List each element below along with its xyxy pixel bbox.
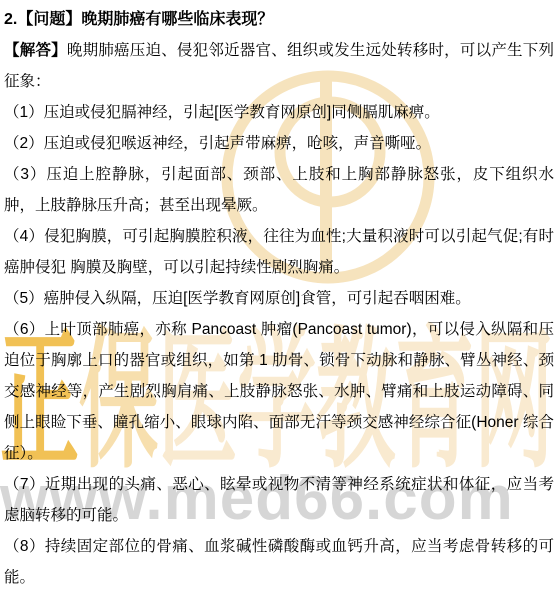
answer-intro-text: 晚期肺癌压迫、侵犯邻近器官、组织或发生远处转移时，可以产生下列征象：: [4, 42, 554, 90]
answer-item-6: （6）上叶顶部肺癌，亦称 Pancoast 肿瘤(Pancoast tumor)…: [4, 314, 554, 469]
answer-label: 【解答】: [4, 42, 67, 59]
question-number: 2.: [4, 11, 17, 28]
question-title: 2.【问题】晚期肺癌有哪些临床表现？: [4, 4, 554, 35]
question-text: 晚期肺癌有哪些临床表现？: [81, 11, 273, 28]
answer-item-4: （4）侵犯胸膜，可引起胸膜腔积液，往往为血性;大量积液时可以引起气促;有时癌肿侵…: [4, 221, 554, 283]
answer-item-8: （8）持续固定部位的骨痛、血浆碱性磷酸酶或血钙升高，应当考虑骨转移的可能。: [4, 531, 554, 591]
answer-intro: 【解答】晚期肺癌压迫、侵犯邻近器官、组织或发生远处转移时，可以产生下列征象：: [4, 35, 554, 97]
answer-item-7: （7）近期出现的头痛、恶心、眩晕或视物不清等神经系统症状和体征，应当考虑脑转移的…: [4, 469, 554, 531]
document-page: 正保医学教育网 www.med66.com 2.【问题】晚期肺癌有哪些临床表现？…: [0, 0, 557, 591]
question-label: 【问题】: [17, 11, 81, 28]
qa-content: 2.【问题】晚期肺癌有哪些临床表现？ 【解答】晚期肺癌压迫、侵犯邻近器官、组织或…: [0, 0, 557, 591]
answer-item-5: （5）癌肿侵入纵隔，压迫[医学教育网原创]食管，可引起吞咽困难。: [4, 283, 554, 314]
answer-item-2: （2）压迫或侵犯喉返神经，引起声带麻痹，呛咳，声音嘶哑。: [4, 128, 554, 159]
answer-item-3: （3）压迫上腔静脉，引起面部、颈部、上肢和上胸部静脉怒张，皮下组织水肿，上肢静脉…: [4, 159, 554, 221]
answer-item-1: （1）压迫或侵犯膈神经，引起[医学教育网原创]同侧膈肌麻痹。: [4, 97, 554, 128]
